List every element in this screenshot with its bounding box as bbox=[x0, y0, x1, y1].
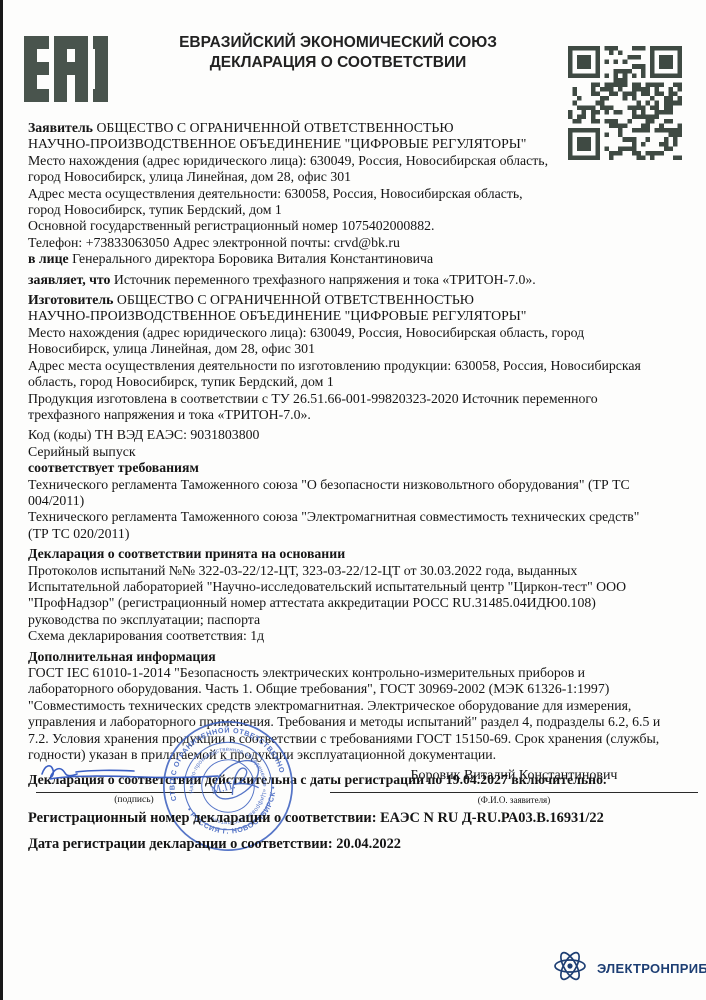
eac-mark-icon bbox=[24, 36, 108, 107]
paragraph: Код (коды) ТН ВЭД ЕАЭС: 9031803800 bbox=[28, 427, 690, 443]
signature-line bbox=[36, 792, 232, 793]
scan-edge-artifact bbox=[0, 0, 3, 1000]
paragraph: Основной государственный регистрационный… bbox=[28, 218, 690, 234]
paragraph: в лице Генерального директора Боровика В… bbox=[28, 251, 690, 267]
body-paragraphs: Заявитель ОБЩЕСТВО С ОГРАНИЧЕННОЙ ОТВЕТС… bbox=[28, 120, 690, 789]
paragraph: Адрес места осуществления деятельности п… bbox=[28, 358, 690, 391]
name-caption: (Ф.И.О. заявителя) bbox=[330, 795, 698, 805]
paragraph: Изготовитель ОБЩЕСТВО С ОГРАНИЧЕННОЙ ОТВ… bbox=[28, 292, 690, 325]
paragraph: ГОСТ IEC 61010-1-2014 "Безопасность элек… bbox=[28, 665, 690, 763]
paragraph: Адрес места осуществления деятельности: … bbox=[28, 186, 690, 219]
paragraph: Телефон: +73833063050 Адрес электронной … bbox=[28, 235, 690, 251]
paragraph: Протоколов испытаний №№ 322-03-22/12-ЦТ,… bbox=[28, 563, 690, 612]
footer-brand: ЭЛЕКТРОНПРИБОР bbox=[550, 946, 706, 991]
paragraph: Серийный выпуск bbox=[28, 444, 690, 460]
union-title: ЕВРАЗИЙСКИЙ ЭКОНОМИЧЕСКИЙ СОЮЗ bbox=[112, 33, 564, 53]
declaration-document: ЕВРАЗИЙСКИЙ ЭКОНОМИЧЕСКИЙ СОЮЗ ДЕКЛАРАЦИ… bbox=[0, 0, 706, 1000]
name-line bbox=[330, 792, 698, 793]
paragraph: Декларация о соответствии принята на осн… bbox=[28, 546, 690, 562]
paragraph: соответствует требованиям bbox=[28, 460, 690, 476]
registration-number-line: Регистрационный номер декларации о соотв… bbox=[28, 810, 698, 827]
applicant-name: Боровик Виталий Константинович bbox=[330, 768, 698, 784]
signature-caption: (подпись) bbox=[36, 795, 232, 805]
doc-title: ДЕКЛАРАЦИЯ О СООТВЕТСТВИИ bbox=[112, 53, 564, 73]
paragraph: Продукция изготовлена в соответствии с Т… bbox=[28, 391, 690, 424]
paragraph: Технического регламента Таможенного союз… bbox=[28, 477, 690, 510]
paragraph: Технического регламента Таможенного союз… bbox=[28, 509, 690, 542]
paragraph: заявляет, что Источник переменного трехф… bbox=[28, 272, 690, 288]
paragraph: Заявитель ОБЩЕСТВО С ОГРАНИЧЕННОЙ ОТВЕТС… bbox=[28, 120, 690, 153]
paragraph: Дополнительная информация bbox=[28, 649, 690, 665]
registration-date-line: Дата регистрации декларации о соответств… bbox=[28, 836, 698, 853]
paragraph: Схема декларирования соответствия: 1д bbox=[28, 628, 690, 644]
paragraph: Место нахождения (адрес юридического лиц… bbox=[28, 325, 690, 358]
paragraph: руководства по эксплуатации; паспорта bbox=[28, 612, 690, 628]
paragraph: Место нахождения (адрес юридического лиц… bbox=[28, 153, 690, 186]
atom-icon bbox=[550, 946, 590, 991]
brand-name: ЭЛЕКТРОНПРИБОР bbox=[597, 961, 706, 976]
document-header: ЕВРАЗИЙСКИЙ ЭКОНОМИЧЕСКИЙ СОЮЗ ДЕКЛАРАЦИ… bbox=[112, 33, 564, 73]
